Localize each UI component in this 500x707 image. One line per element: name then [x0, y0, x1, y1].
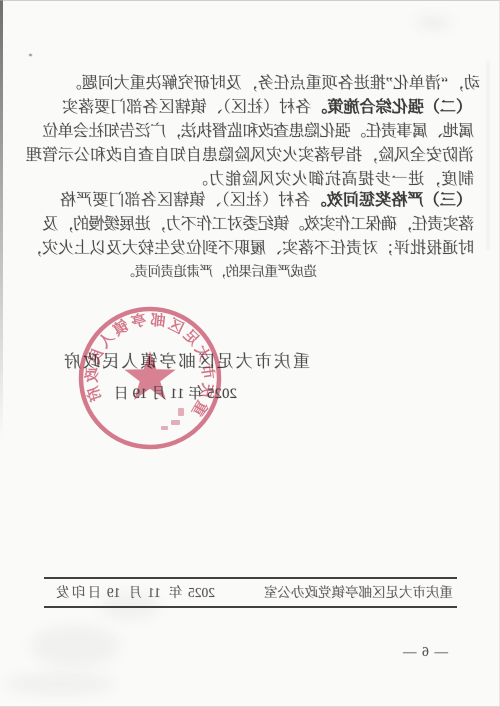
body-line-section-3: （三）严格奖惩问效。各村（社区）、镇辖区各部门要严格 — [60, 191, 472, 211]
signature-date: 2025 年 11 月 19 日 — [114, 384, 237, 404]
body-line: 造成严重后果的，严肃追责问责。 — [150, 262, 317, 282]
seal-code-marks — [161, 408, 184, 430]
scan-smudge — [30, 625, 120, 667]
section-2-text: 各村（社区）、镇辖区各部门要落实 — [62, 99, 311, 116]
scan-smudge — [100, 592, 160, 620]
body-line: 动，“清单化”推进各项重点任务，及时研究解决重大问题。 — [68, 74, 480, 94]
colophon-issuer: 重庆市大足区邮亭镇党政办公室 — [267, 583, 453, 603]
body-line: 属地、属事责任。强化隐患查改和监督执法，广泛告知社会单位 — [62, 122, 474, 142]
section-3-heading: （三）严格奖惩问效。 — [310, 192, 472, 209]
section-3-text: 各村（社区）、镇辖区各部门要严格 — [60, 192, 310, 209]
body-line-section-2: （二）强化综合施策。各村（社区）、镇辖区各部门要落实 — [62, 98, 472, 118]
scanned-document-page: 动，“清单化”推进各项重点任务，及时研究解决重大问题。 （二）强化综合施策。各村… — [0, 0, 500, 707]
scan-edge-left — [0, 0, 3, 438]
body-line: 时通报批评；对责任不落实、履职不到位发生较大及以上火灾， — [61, 239, 474, 259]
scan-smudge — [415, 16, 451, 30]
scan-edge-top — [0, 0, 500, 1]
body-line: 消防安全风险，指导落实火灾风险隐患自知自查自改和公示管理 — [62, 146, 474, 166]
scan-speck — [29, 54, 32, 56]
body-line: 落实责任，确保工作实效。镇纪委对工作不力，进展缓慢的，及 — [61, 215, 474, 235]
page-number: — 6 — — [403, 642, 448, 662]
body-line: 制度，进一步提高抗御火灾风险能力。 — [192, 170, 474, 190]
official-seal: 重庆市大足区邮亭镇人民政府 — [75, 303, 225, 453]
colophon-rule-top — [44, 577, 457, 579]
section-2-heading: （二）强化综合施策。 — [311, 99, 472, 116]
scan-streak — [487, 60, 489, 250]
seal-graphic: 重庆市大足区邮亭镇人民政府 — [75, 303, 225, 453]
scan-smudge — [5, 672, 115, 696]
